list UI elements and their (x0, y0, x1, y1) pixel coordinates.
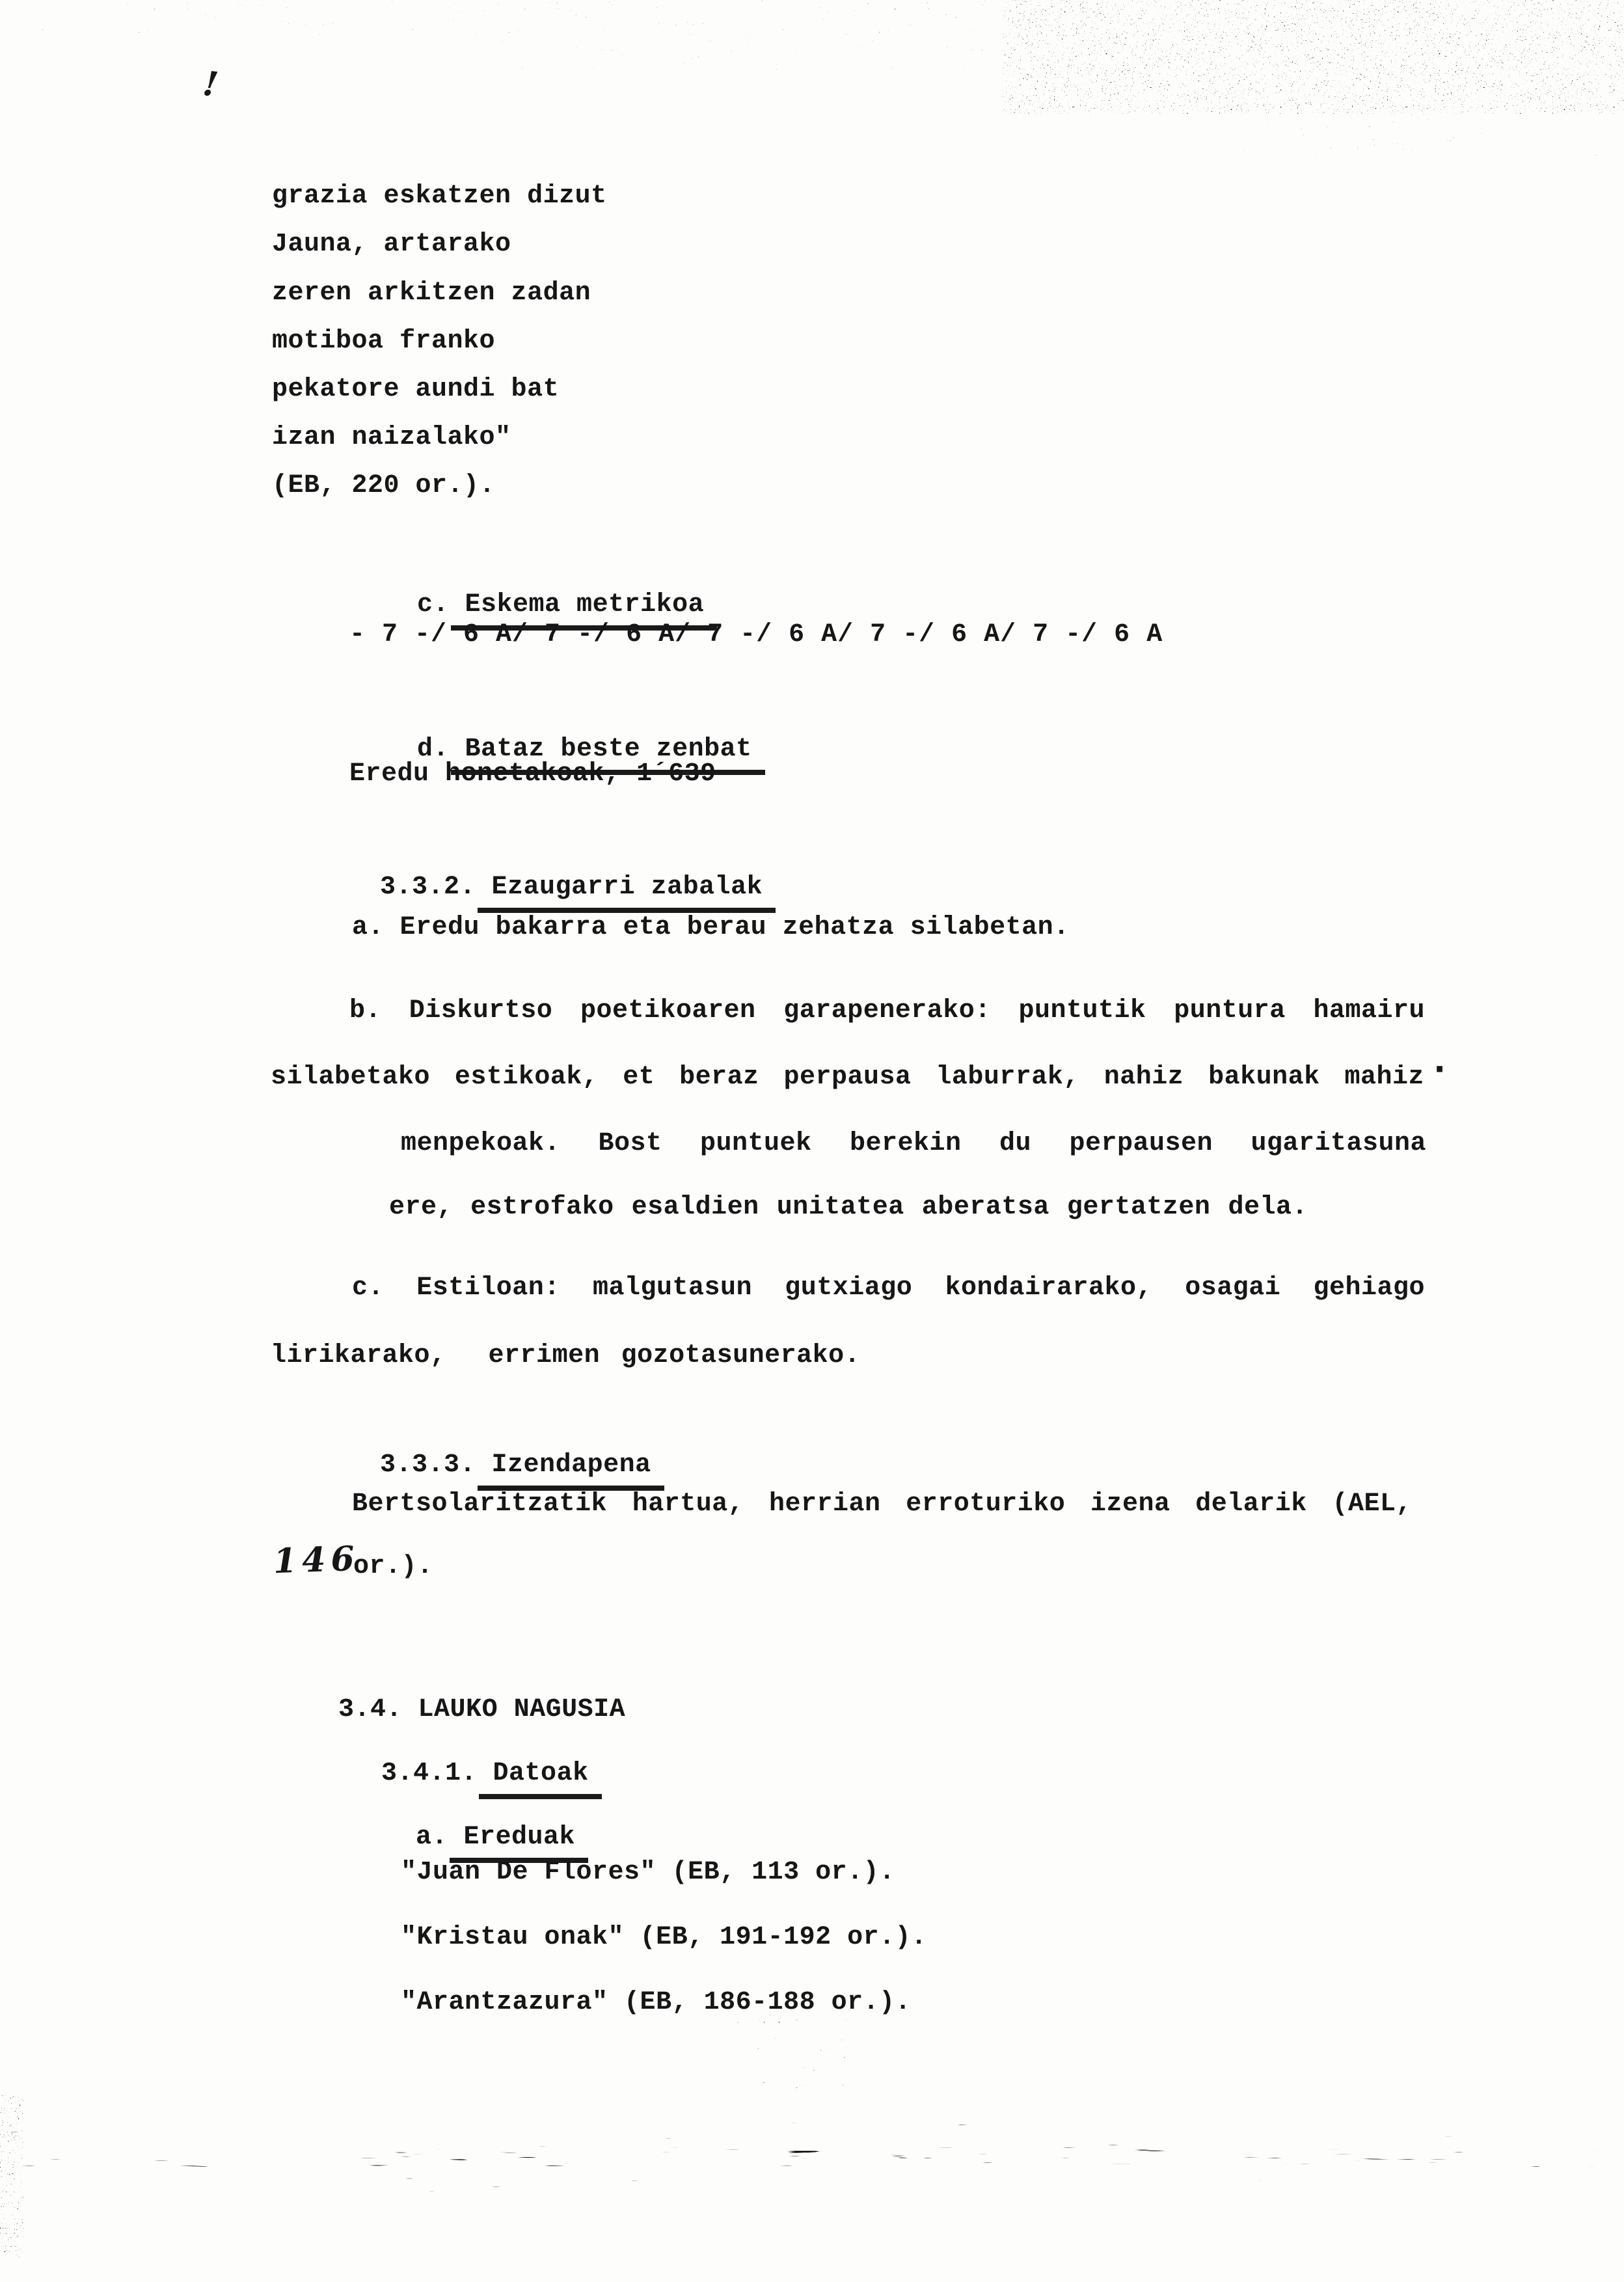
item-c-line: lirikarako, errimen gozotasunerako. (271, 1340, 860, 1372)
section-title-underlined: Ezaugarri zabalak (478, 872, 776, 913)
handwritten-page-number: 146 (273, 1542, 360, 1579)
work-reference-line: "Arantzazura" (EB, 186-188 or.). (401, 1987, 911, 2018)
item-a-line: a. Eredu bakarra eta berau zehatza silab… (352, 912, 1070, 944)
item-b-line: silabetako estikoak, et beraz perpausa l… (271, 1062, 1424, 1093)
body-line: Bertsolaritzatik hartua, herrian errotur… (352, 1489, 1412, 1520)
poem-citation: (EB, 220 or.). (272, 470, 495, 502)
work-reference-line: "Kristau onak" (EB, 191-192 or.). (401, 1922, 927, 1953)
section-number: 3.3.3. (380, 1450, 492, 1480)
item-c-line: c. Estiloan: malgutasun gutxiago kondair… (352, 1273, 1425, 1304)
section-number: 3.3.2. (380, 873, 492, 902)
bataz-body-line: Eredu honetakoak, 1´639 (349, 759, 716, 790)
section-title-underlined: Izendapena (478, 1450, 664, 1491)
ink-blot-mark: ! (201, 67, 220, 102)
item-b-line: b. Diskurtso poetikoaren garapenerako: p… (349, 996, 1425, 1027)
poem-line: Jauna, artarako (272, 229, 511, 260)
poem-line: izan naizalako" (272, 422, 511, 454)
poem-line: grazia eskatzen dizut (272, 181, 607, 212)
item-b-line: ere, estrofako esaldien unitatea aberats… (389, 1192, 1308, 1223)
section-number: 3.4.1. (381, 1759, 493, 1788)
poem-line: motiboa franko (272, 326, 495, 357)
poem-line: zeren arkitzen zadan (272, 278, 591, 309)
item-b-line: menpekoak. Bost puntuek berekin du perpa… (401, 1128, 1426, 1160)
section-title: LAUKO NAGUSIA (418, 1695, 626, 1724)
stray-dot-mark: · (1428, 1063, 1452, 1076)
metric-scheme-line: - 7 -/ 6 A/ 7 -/ 6 A/ 7 -/ 6 A/ 7 -/ 6 A… (349, 619, 1163, 651)
body-line-suffix: or.). (353, 1551, 433, 1582)
section-number: 3.4. (338, 1695, 418, 1724)
poem-line: pekatore aundi bat (272, 374, 559, 405)
work-reference-line: "Juan De Flores" (EB, 113 or.). (401, 1857, 895, 1888)
scanned-document-page: ! · grazia eskatzen dizut Jauna, artarak… (0, 0, 1624, 2282)
heading-bataz-beste-zenbat: d. Bataz beste zenbat (353, 703, 765, 806)
